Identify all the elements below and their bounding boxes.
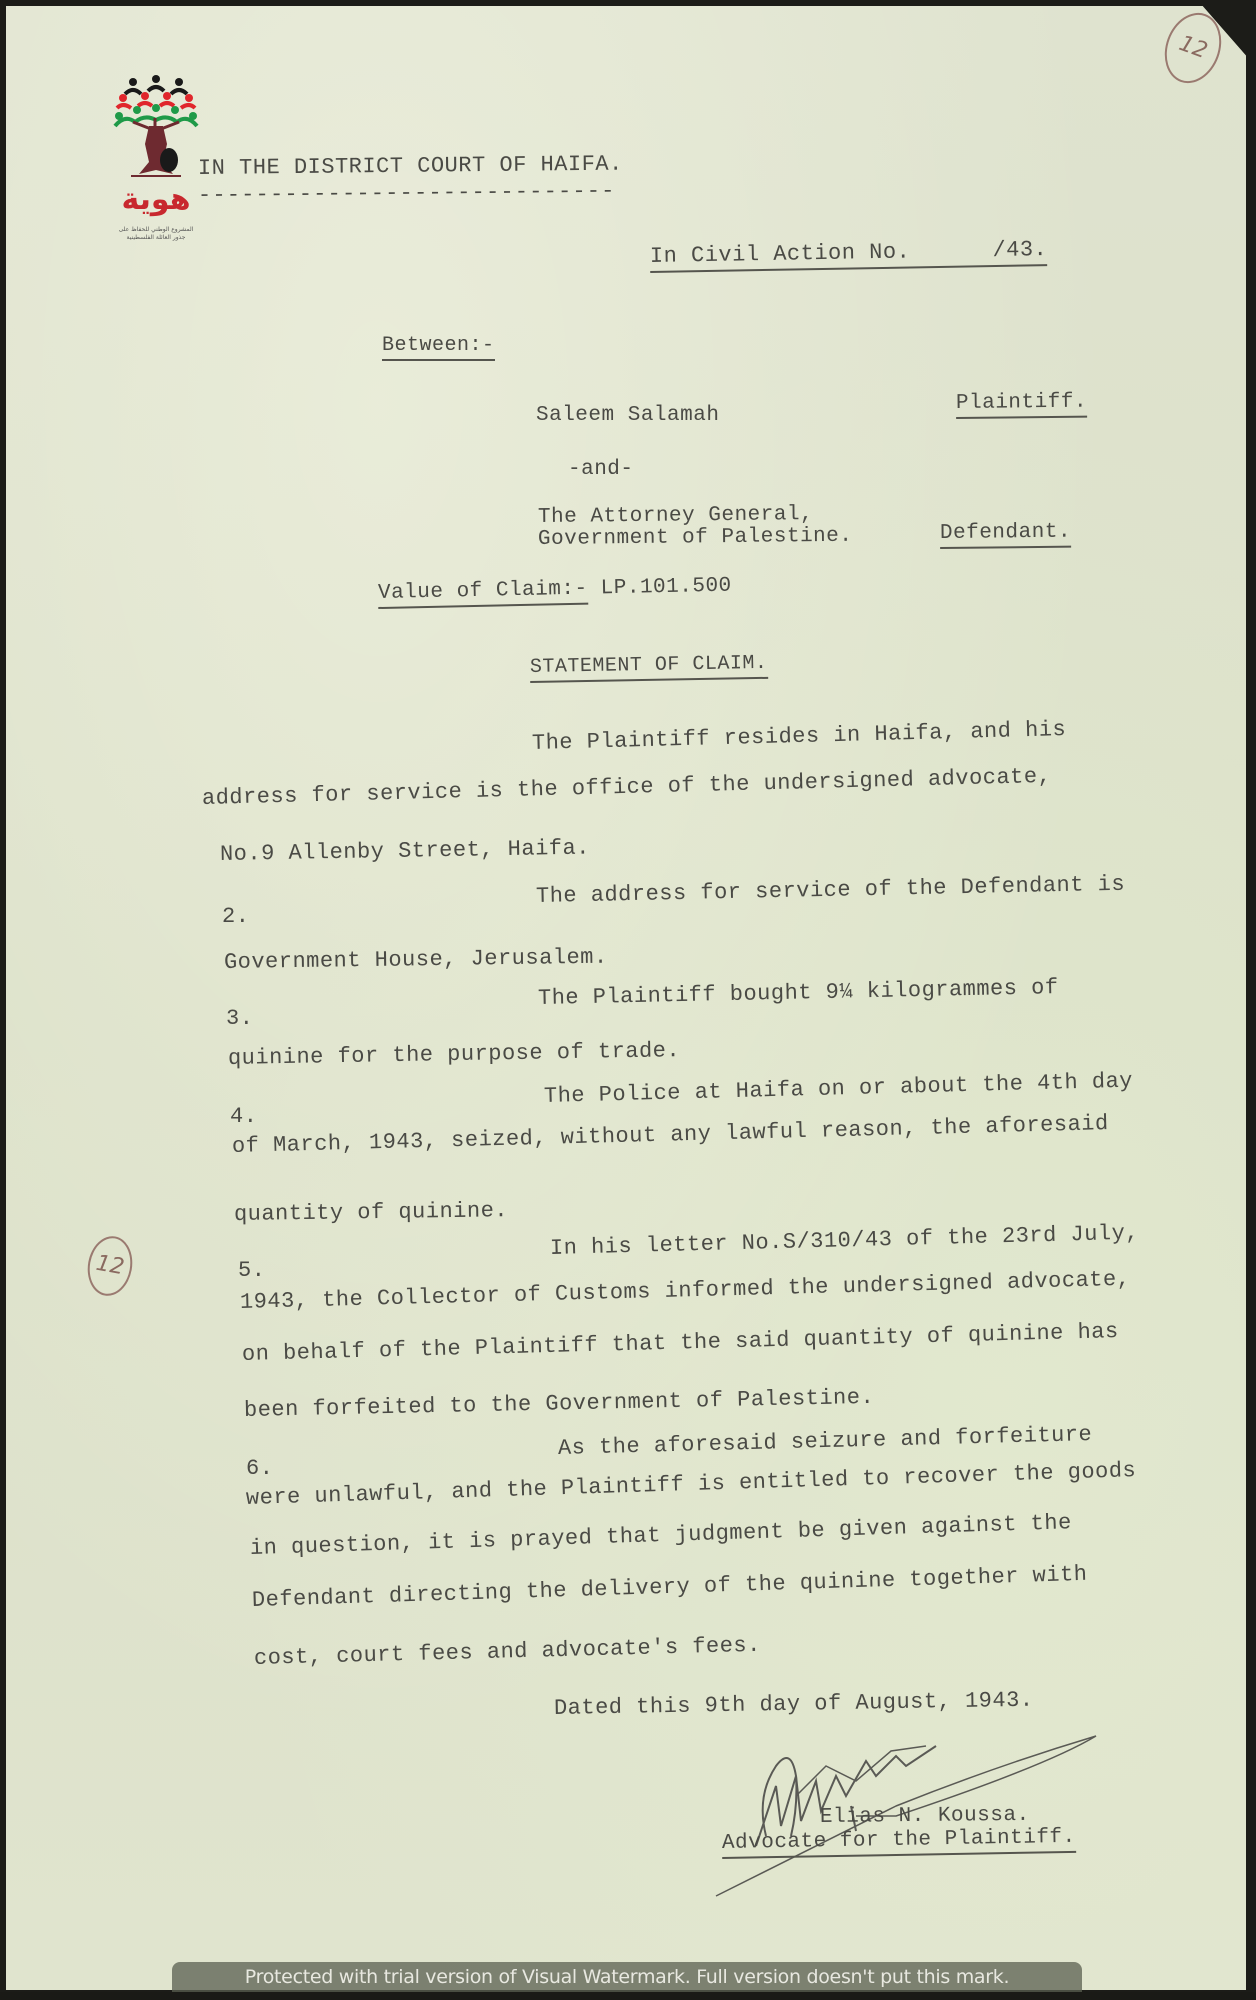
para6-line5: cost, court fees and advocate's fees. [254,1633,761,1671]
logo-subtitle-line2: جذور العائلة الفلسطينية [111,234,201,242]
para4-number: 4. [230,1104,257,1129]
para3-line2: quinine for the purpose of trade. [228,1038,681,1071]
plaintiff-role: Plaintiff. [956,391,1087,419]
page-number-annotation-top: 12 [1155,5,1230,91]
para3-number: 3. [226,1006,253,1031]
para5-line2: 1943, the Collector of Customs informed … [240,1267,1131,1315]
para6-line4: Defendant directing the delivery of the … [252,1562,1088,1613]
para3-line1: The Plaintiff bought 9¼ kilogrammes of [538,975,1059,1011]
court-heading: IN THE DISTRICT COURT OF HAIFA. [198,152,623,181]
statement-title: STATEMENT OF CLAIM. [530,652,768,683]
logo-subtitle: المشروع الوطني للحفاظ على جذور العائلة ا… [111,226,201,242]
value-of-claim: Value of Claim:- LP.101.500 [378,575,732,605]
para6-line1: As the aforesaid seizure and forfeiture [558,1422,1093,1461]
para5-line1: In his letter No.S/310/43 of the 23rd Ju… [550,1221,1140,1261]
civil-action-number: In Civil Action No. /43. [650,237,1048,273]
scan-border-bottom [0,1992,1256,2000]
plaintiff-name: Saleem Salamah [536,404,719,427]
family-tree-icon [111,74,201,184]
between-label: Between:- [382,334,495,361]
signatory-name: Elias N. Koussa. [820,1804,1030,1829]
document-page: هوية المشروع الوطني للحفاظ على جذور العا… [6,6,1246,1990]
logo-title: هوية [111,182,201,217]
para4-line3: quantity of quinine. [234,1198,508,1227]
page-number-annotation-margin: 12 [83,1233,137,1300]
para4-line2: of March, 1943, seized, without any lawf… [232,1111,1109,1159]
hawiya-logo: هوية المشروع الوطني للحفاظ على جذور العا… [111,74,201,254]
para6-line3: in question, it is prayed that judgment … [250,1510,1073,1561]
value-of-claim-label: Value of Claim:- [378,578,588,609]
para5-line4: been forfeited to the Government of Pale… [244,1385,875,1423]
para1-line2: address for service is the office of the… [202,764,1052,811]
para5-number: 5. [238,1258,265,1283]
logo-subtitle-line1: المشروع الوطني للحفاظ على [111,226,201,234]
value-of-claim-amount: LP.101.500 [587,575,732,601]
and-label: -and- [568,458,634,481]
trial-watermark: Protected with trial version of Visual W… [172,1962,1082,1992]
para2-line2: Government House, Jerusalem. [224,945,608,975]
para1-line3: No.9 Allenby Street, Haifa. [220,836,590,867]
para6-number: 6. [246,1456,273,1481]
heading-dashes: ----------------------------- [198,179,616,208]
para5-line3: on behalf of the Plaintiff that the said… [242,1319,1119,1367]
para2-line1: The address for service of the Defendant… [536,872,1126,909]
para1-line1: The Plaintiff resides in Haifa, and his [532,717,1067,756]
defendant-role: Defendant. [940,521,1071,549]
para2-number: 2. [222,904,249,929]
para4-line1: The Police at Haifa on or about the 4th … [544,1069,1134,1109]
defendant-line2: Government of Palestine. [538,525,853,551]
para6-line2: were unlawful, and the Plaintiff is enti… [246,1458,1137,1511]
